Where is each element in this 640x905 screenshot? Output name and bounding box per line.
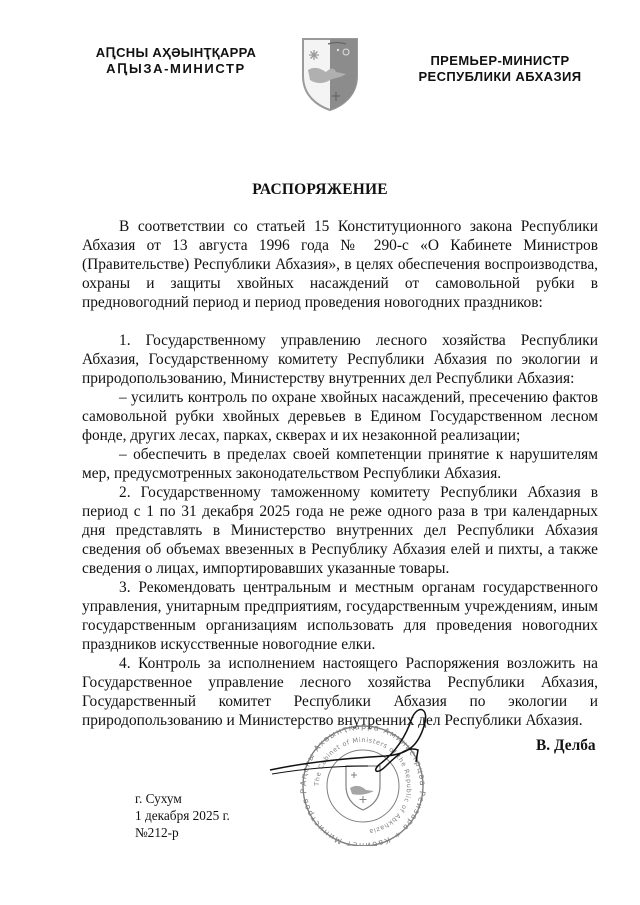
letterhead-russian: ПРЕМЬЕР-МИНИСТР РЕСПУБЛИКИ АБХАЗИЯ [410, 53, 590, 85]
letterhead-abkhaz-line1: АԤСНЫ АҲӘЫНҬҚАРРА [86, 45, 266, 61]
seal-outer-text: Аԥсны Ахәынҭқарра Аминистрцәа Реизара ✶ … [268, 706, 427, 846]
svg-text:Аԥсны Ахәынҭқарра Аминистрцәа: Аԥсны Ахәынҭқарра Аминистрцәа Реизара ✶ … [268, 706, 427, 846]
svg-text:The Cabinet of Ministers of th: The Cabinet of Ministers of the Republic… [313, 736, 413, 836]
coat-of-arms-icon [300, 36, 360, 112]
clause-1-item-a: – усилить контроль по охране хвойных нас… [82, 388, 598, 445]
clause-2-paragraph: 2. Государственному таможенному комитету… [82, 483, 598, 578]
clause-1-paragraph: 1. Государственному управлению лесного х… [82, 331, 598, 388]
seal-inner-text: The Cabinet of Ministers of the Republic… [313, 736, 413, 836]
letterhead-russian-line2: РЕСПУБЛИКИ АБХАЗИЯ [410, 69, 590, 85]
document-title: РАСПОРЯЖЕНИЕ [0, 181, 640, 199]
document-number: №212-р [135, 824, 230, 841]
letterhead-russian-line1: ПРЕМЬЕР-МИНИСТР [410, 53, 590, 69]
city: г. Сухум [135, 790, 230, 807]
letterhead-abkhaz-line2: АԤЫЗА-МИНИСТР [86, 61, 266, 77]
letterhead-abkhaz: АԤСНЫ АҲӘЫНҬҚАРРА АԤЫЗА-МИНИСТР [86, 45, 266, 77]
document-footer: г. Сухум 1 декабря 2025 г. №212-р [135, 790, 230, 841]
clause-1-item-b: – обеспечить в пределах своей компетенци… [82, 445, 598, 483]
clause-3-paragraph: 3. Рекомендовать центральным и местным о… [82, 578, 598, 654]
document-body: В соответствии со статьей 15 Конституцио… [82, 217, 598, 730]
signer-name: В. Делба [536, 737, 596, 755]
preamble-paragraph: В соответствии со статьей 15 Конституцио… [82, 217, 598, 312]
official-seal-icon: Аԥсны Ахәынҭқарра Аминистрцәа Реизара ✶ … [268, 706, 458, 846]
document-date: 1 декабря 2025 г. [135, 807, 230, 824]
